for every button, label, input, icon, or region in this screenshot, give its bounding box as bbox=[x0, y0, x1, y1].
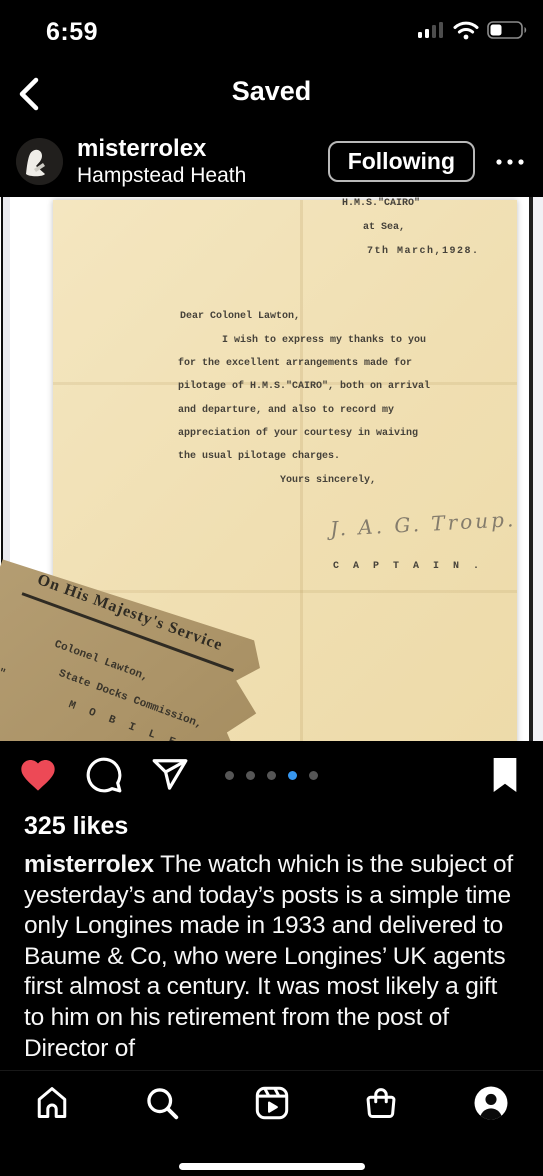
comment-icon[interactable] bbox=[84, 755, 124, 795]
action-bar bbox=[0, 741, 543, 809]
letter-date: 7th March,1928. bbox=[367, 246, 480, 257]
share-icon[interactable] bbox=[150, 755, 190, 795]
bookmark-icon[interactable] bbox=[485, 755, 525, 795]
saved-header: Saved bbox=[0, 60, 543, 126]
home-icon[interactable] bbox=[32, 1083, 72, 1123]
post-image[interactable]: H.M.S."CAIRO" at Sea, 7th March,1928. De… bbox=[0, 197, 543, 741]
battery-icon bbox=[487, 20, 529, 40]
letter-body-line: I wish to express my thanks to you bbox=[222, 335, 426, 346]
reels-icon[interactable] bbox=[252, 1083, 292, 1123]
post-caption: misterrolex The watch which is the subje… bbox=[24, 850, 521, 1064]
letter-body-line: for the excellent arrangements made for bbox=[178, 358, 412, 369]
letter-body-line: appreciation of your courtesy in waiving bbox=[178, 428, 418, 439]
envelope-ship-name: CAIRO" bbox=[0, 656, 7, 681]
pagination-dot bbox=[267, 771, 276, 780]
following-button[interactable]: Following bbox=[328, 141, 475, 182]
letter-body-line: pilotage of H.M.S."CAIRO", both on arriv… bbox=[178, 381, 430, 392]
avatar[interactable] bbox=[16, 138, 63, 185]
letter-body-line: and departure, and also to record my bbox=[178, 405, 394, 416]
clock: 6:59 bbox=[46, 18, 98, 47]
more-options-icon[interactable] bbox=[493, 145, 527, 179]
letter-heading-line: at Sea, bbox=[363, 222, 405, 233]
pagination-dot bbox=[225, 771, 234, 780]
shop-icon[interactable] bbox=[361, 1083, 401, 1123]
profile-icon[interactable] bbox=[471, 1083, 511, 1123]
letter-salutation: Dear Colonel Lawton, bbox=[180, 311, 300, 322]
tab-bar bbox=[0, 1070, 543, 1176]
signal-icon bbox=[417, 21, 445, 39]
pagination-dot bbox=[309, 771, 318, 780]
pagination-dot bbox=[246, 771, 255, 780]
like-heart-icon[interactable] bbox=[18, 755, 58, 795]
status-bar: 6:59 bbox=[0, 0, 543, 60]
pagination-dot bbox=[288, 771, 297, 780]
wifi-icon bbox=[453, 21, 479, 40]
post-header: misterrolex Hampstead Heath Following bbox=[0, 126, 543, 197]
likes-count[interactable]: 325 likes bbox=[24, 812, 128, 841]
photo-edge bbox=[533, 197, 543, 741]
search-icon[interactable] bbox=[142, 1083, 182, 1123]
home-indicator[interactable] bbox=[179, 1163, 365, 1170]
letter-heading-line: H.M.S."CAIRO" bbox=[342, 198, 420, 209]
letter-body-line: the usual pilotage charges. bbox=[178, 451, 340, 462]
caption-text: The watch which is the subject of yester… bbox=[24, 851, 513, 1062]
post-location[interactable]: Hampstead Heath bbox=[77, 163, 328, 188]
post-username[interactable]: misterrolex bbox=[77, 135, 328, 163]
letter-rank: C A P T A I N . bbox=[333, 561, 483, 572]
letter-closing: Yours sincerely, bbox=[280, 475, 376, 486]
page-title: Saved bbox=[0, 76, 543, 107]
caption-username[interactable]: misterrolex bbox=[24, 851, 154, 878]
instagram-app: 6:59 bbox=[0, 0, 543, 1176]
